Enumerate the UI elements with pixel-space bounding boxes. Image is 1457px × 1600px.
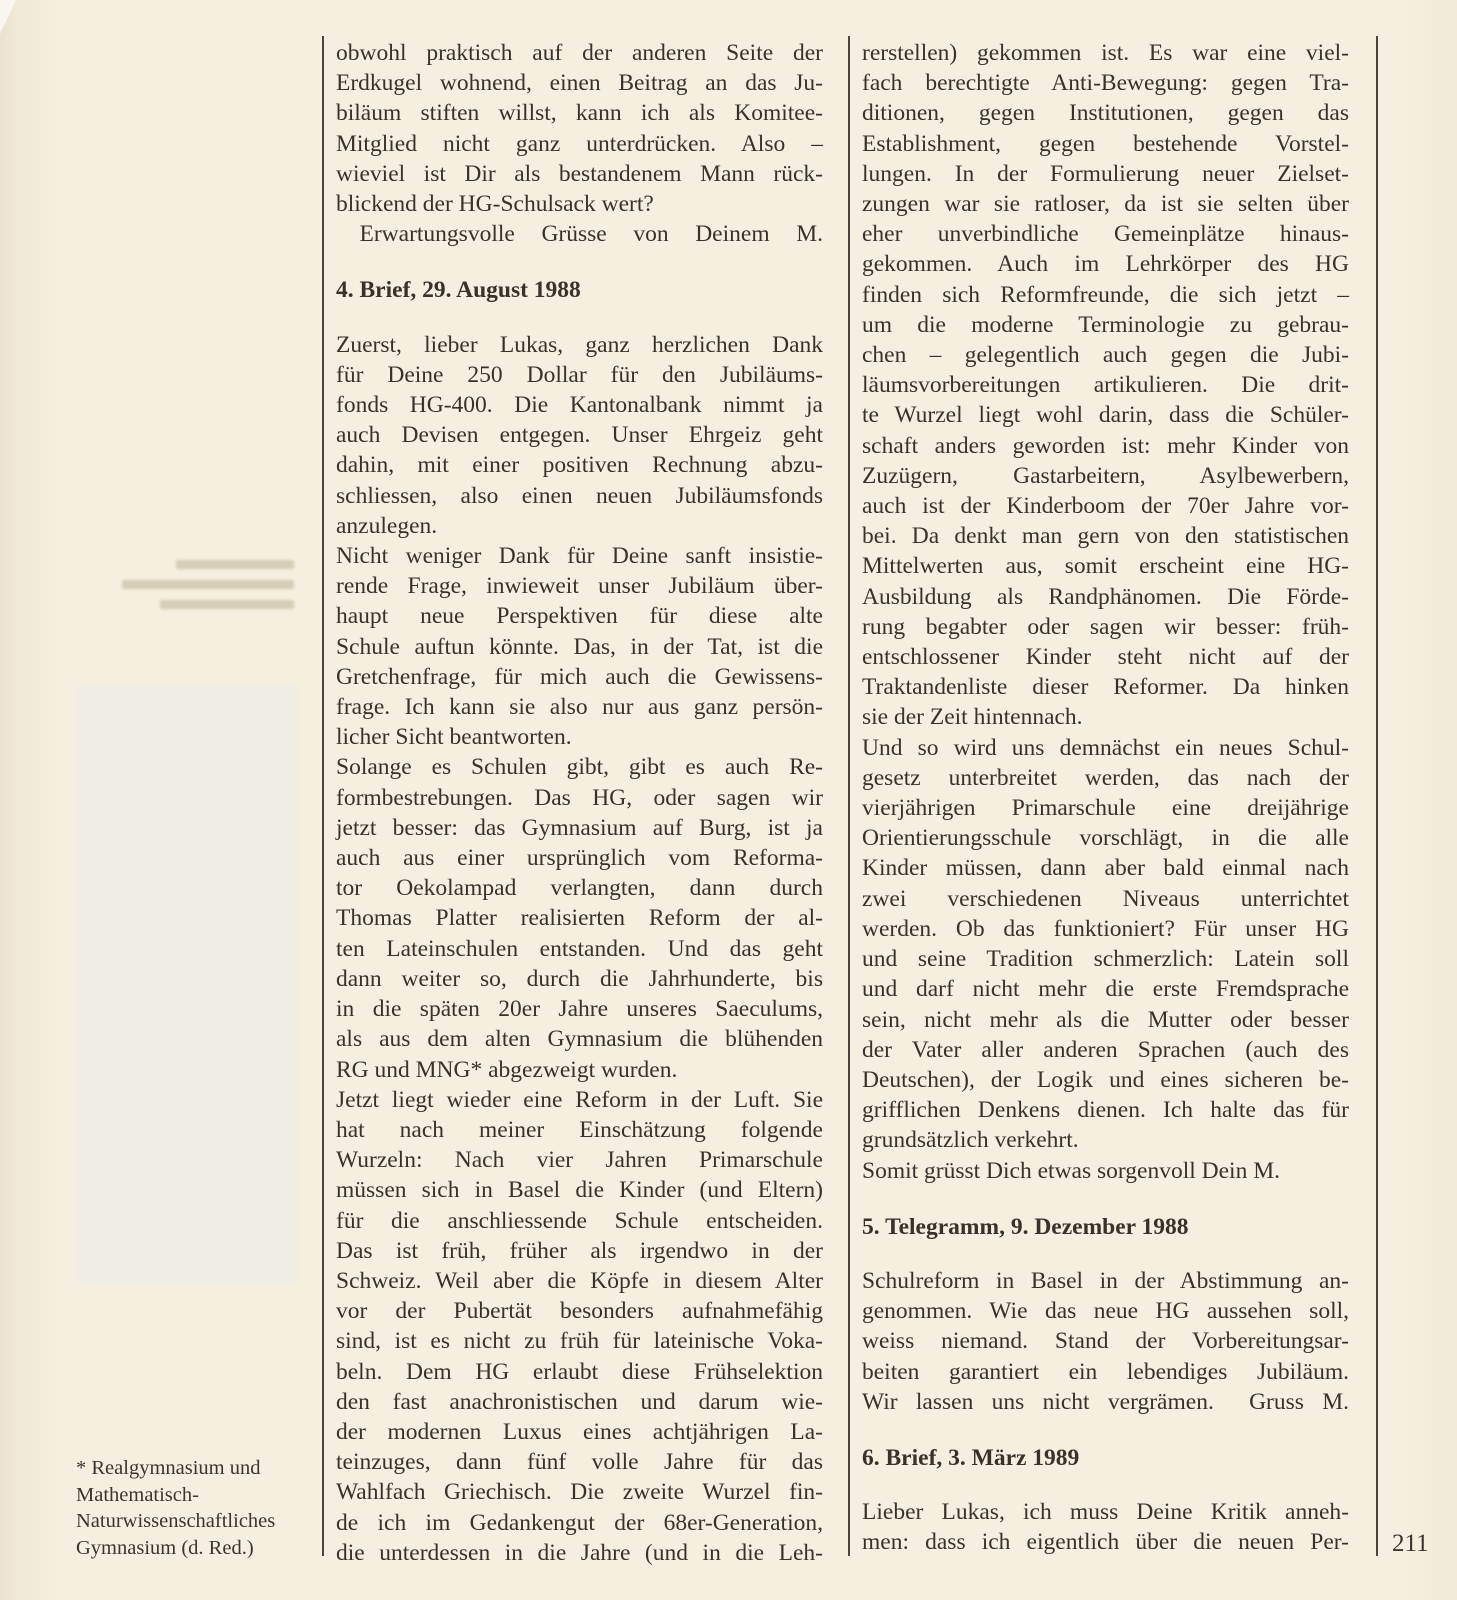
letter-signature: Erwartungsvolle Grüsse von Deinem M.: [336, 219, 823, 249]
text-line: vor der Pubertät besonders aufnahmefähig: [336, 1296, 823, 1326]
text-line: entschlossener Kinder steht nicht auf de…: [862, 642, 1349, 672]
text-line: eher unverbindliche Gemeinplätze hinaus-: [862, 219, 1349, 249]
column-rule-middle: [848, 36, 850, 1556]
text-line: Wahlfach Griechisch. Die zweite Wurzel f…: [336, 1477, 823, 1507]
paragraph-dank: Zuerst, lieber Lukas, ganz herzlichen Da…: [336, 330, 823, 541]
heading-brief-4: 4. Brief, 29. August 1988: [336, 275, 823, 305]
text-line: licher Sicht beantworten.: [336, 722, 823, 752]
book-page: obwohl praktisch auf der anderen Seite d…: [0, 0, 1457, 1600]
text-line: Deutschen), der Logik und eines sicheren…: [862, 1065, 1349, 1095]
column-rule-right: [1376, 36, 1378, 1556]
text-line: Mathematisch-: [76, 1482, 326, 1509]
text-line: Gymnasium (d. Red.): [76, 1535, 326, 1562]
text-column-right: rerstellen) gekommen ist. Es war eine vi…: [862, 38, 1349, 1558]
text-line: tor Oekolampad verlangten, dann durch: [336, 873, 823, 903]
text-line: ditionen, gegen Institutionen, gegen das: [862, 98, 1349, 128]
text-line: sein, nicht mehr als die Mutter oder bes…: [862, 1005, 1349, 1035]
text-line: Solange es Schulen gibt, gibt es auch Re…: [336, 752, 823, 782]
text-line: Naturwissenschaftliches: [76, 1508, 326, 1535]
text-line: anzulegen.: [336, 511, 823, 541]
text-line: grundsätzlich verkehrt.: [862, 1125, 1349, 1155]
text-line: Orientierungsschule vorschlägt, in die a…: [862, 823, 1349, 853]
text-line: Erwartungsvolle Grüsse von Deinem M.: [336, 219, 823, 249]
text-line: Traktandenliste dieser Reformer. Da hink…: [862, 672, 1349, 702]
page-number: 211: [1392, 1530, 1429, 1558]
text-line: beiten garantiert ein lebendiges Jubiläu…: [862, 1357, 1349, 1387]
text-line: men: dass ich eigentlich über die neuen …: [862, 1527, 1349, 1557]
text-line: Nicht weniger Dank für Deine sanft insis…: [336, 541, 823, 571]
text-line: für Deine 250 Dollar für den Jubiläums-: [336, 360, 823, 390]
text-line: Kinder müssen, dann aber bald einmal nac…: [862, 853, 1349, 883]
text-line: * Realgymnasium und: [76, 1455, 326, 1482]
text-line: ten Lateinschulen entstanden. Und das ge…: [336, 934, 823, 964]
text-line: in die späten 20er Jahre unseres Saeculu…: [336, 994, 823, 1024]
show-through-line: [122, 580, 294, 589]
text-line: biläum stiften willst, kann ich als Komi…: [336, 98, 823, 128]
text-line: haupt neue Perspektiven für diese alte: [336, 601, 823, 631]
text-line: Und so wird uns demnächst ein neues Schu…: [862, 733, 1349, 763]
text-line: werden. Ob das funktioniert? Für unser H…: [862, 914, 1349, 944]
text-line: fonds HG-400. Die Kantonalbank nimmt ja: [336, 390, 823, 420]
text-line: den fast anachronistischen und darum wie…: [336, 1387, 823, 1417]
text-line: der Vater aller anderen Sprachen (auch d…: [862, 1035, 1349, 1065]
text-line: grifflichen Denkens dienen. Ich halte da…: [862, 1095, 1349, 1125]
text-line: RG und MNG* abgezweigt wurden.: [336, 1055, 823, 1085]
text-line: Das ist früh, früher als irgendwo in der: [336, 1236, 823, 1266]
paragraph-reform-wurzeln: Jetzt liegt wieder eine Reform in der Lu…: [336, 1085, 823, 1568]
text-line: genommen. Wie das neue HG aussehen soll,: [862, 1296, 1349, 1326]
text-line: Mitglied nicht ganz unterdrücken. Also –: [336, 129, 823, 159]
text-line: sie der Zeit hintennach.: [862, 702, 1349, 732]
text-line: formbestrebungen. Das HG, oder sagen wir: [336, 783, 823, 813]
heading-brief-6: 6. Brief, 3. März 1989: [862, 1443, 1349, 1473]
text-line: chen – gelegentlich auch gegen die Jubi-: [862, 340, 1349, 370]
text-line: Ausbildung als Randphänomen. Die Förde-: [862, 582, 1349, 612]
text-line: weiss niemand. Stand der Vorbereitungsar…: [862, 1326, 1349, 1356]
text-line: obwohl praktisch auf der anderen Seite d…: [336, 38, 823, 68]
text-line: der modernen Luxus eines achtjährigen La…: [336, 1417, 823, 1447]
text-line: Lieber Lukas, ich muss Deine Kritik anne…: [862, 1497, 1349, 1527]
letter-signature-2: Somit grüsst Dich etwas sorgenvoll Dein …: [862, 1156, 1349, 1186]
text-line: Schule auftun könnte. Das, in der Tat, i…: [336, 632, 823, 662]
text-line: Gretchenfrage, für mich auch die Gewisse…: [336, 662, 823, 692]
text-line: läumsvorbereitungen artikulieren. Die dr…: [862, 370, 1349, 400]
text-line: Thomas Platter realisierten Reform der a…: [336, 903, 823, 933]
text-line: de ich im Gedankengut der 68er-Generatio…: [336, 1508, 823, 1538]
text-line: rende Frage, inwieweit unser Jubiläum üb…: [336, 571, 823, 601]
text-line: Wurzeln: Nach vier Jahren Primarschule: [336, 1145, 823, 1175]
scan-edge-artifact: [0, 0, 16, 34]
text-line: Somit grüsst Dich etwas sorgenvoll Dein …: [862, 1156, 1349, 1186]
text-line: dann weiter so, durch die Jahrhunderte, …: [336, 964, 823, 994]
text-line: auch aus einer ursprünglich vom Reforma-: [336, 843, 823, 873]
text-line: auch ist der Kinderboom der 70er Jahre v…: [862, 491, 1349, 521]
text-line: Zuerst, lieber Lukas, ganz herzlichen Da…: [336, 330, 823, 360]
column-rule-left: [322, 36, 324, 1556]
footnote: * Realgymnasium undMathematisch-Naturwis…: [76, 1455, 326, 1561]
show-through-line: [176, 560, 294, 569]
text-line: rung begabter oder sagen wir besser: frü…: [862, 612, 1349, 642]
paragraph-continuation: obwohl praktisch auf der anderen Seite d…: [336, 38, 823, 219]
text-line: Jetzt liegt wieder eine Reform in der Lu…: [336, 1085, 823, 1115]
text-line: jetzt besser: das Gymnasium auf Burg, is…: [336, 813, 823, 843]
show-through-line: [160, 600, 294, 609]
text-line: als aus dem alten Gymnasium die blühende…: [336, 1024, 823, 1054]
text-line: teinzuges, dann fünf volle Jahre für das: [336, 1447, 823, 1477]
text-line: auch Devisen entgegen. Unser Ehrgeiz geh…: [336, 420, 823, 450]
paragraph-68-fortsetzung: rerstellen) gekommen ist. Es war eine vi…: [862, 38, 1349, 733]
text-line: finden sich Reformfreunde, die sich jetz…: [862, 280, 1349, 310]
text-line: gesetz unterbreitet werden, das nach der: [862, 763, 1349, 793]
text-line: te Wurzel liegt wohl darin, dass die Sch…: [862, 400, 1349, 430]
text-line: und seine Tradition schmerzlich: Latein …: [862, 944, 1349, 974]
heading-telegramm-5: 5. Telegramm, 9. Dezember 1988: [862, 1212, 1349, 1242]
text-line: für die anschliessende Schule entscheide…: [336, 1206, 823, 1236]
text-line: um die moderne Terminologie zu gebrau-: [862, 310, 1349, 340]
paragraph-brief-6: Lieber Lukas, ich muss Deine Kritik anne…: [862, 1497, 1349, 1557]
text-line: vierjährigen Primarschule eine dreijähri…: [862, 793, 1349, 823]
paragraph-frage: Nicht weniger Dank für Deine sanft insis…: [336, 541, 823, 752]
text-line: gekommen. Auch im Lehrkörper des HG: [862, 249, 1349, 279]
text-column-left: obwohl praktisch auf der anderen Seite d…: [336, 38, 823, 1568]
text-line: zungen war sie ratloser, da ist sie selt…: [862, 189, 1349, 219]
text-line: bei. Da denkt man gern von den statistis…: [862, 521, 1349, 551]
text-line: blickend der HG-Schulsack wert?: [336, 189, 823, 219]
text-line: Mittelwerten aus, somit erscheint eine H…: [862, 551, 1349, 581]
show-through-image: [77, 684, 298, 1284]
text-line: dahin, mit einer positiven Rechnung abzu…: [336, 450, 823, 480]
text-line: schliessen, also einen neuen Jubiläumsfo…: [336, 481, 823, 511]
text-line: wieviel ist Dir als bestandenem Mann rüc…: [336, 159, 823, 189]
text-line: beln. Dem HG erlaubt diese Frühselektion: [336, 1357, 823, 1387]
text-line: und darf nicht mehr die erste Fremdsprac…: [862, 974, 1349, 1004]
text-line: sind, ist es nicht zu früh für lateinisc…: [336, 1326, 823, 1356]
text-line: rerstellen) gekommen ist. Es war eine vi…: [862, 38, 1349, 68]
text-line: schaft anders geworden ist: mehr Kinder …: [862, 431, 1349, 461]
show-through-caption: [118, 560, 294, 609]
text-line: zwei verschiedenen Niveaus unterrichtet: [862, 884, 1349, 914]
paragraph-reform-geschichte: Solange es Schulen gibt, gibt es auch Re…: [336, 752, 823, 1084]
text-line: hat nach meiner Einschätzung folgende: [336, 1115, 823, 1145]
text-line: müssen sich in Basel die Kinder (und Elt…: [336, 1175, 823, 1205]
text-line: Schweiz. Weil aber die Köpfe in diesem A…: [336, 1266, 823, 1296]
text-line: Schulreform in Basel in der Abstimmung a…: [862, 1266, 1349, 1296]
text-line: die unterdessen in die Jahre (und in die…: [336, 1538, 823, 1568]
text-line: lungen. In der Formulierung neuer Zielse…: [862, 159, 1349, 189]
paragraph-schulgesetz: Und so wird uns demnächst ein neues Schu…: [862, 733, 1349, 1156]
text-line: fach berechtigte Anti-Bewegung: gegen Tr…: [862, 68, 1349, 98]
text-line: Wir lassen uns nicht vergrämen. Gruss M.: [862, 1387, 1349, 1417]
text-line: Zuzügern, Gastarbeitern, Asylbewerbern,: [862, 461, 1349, 491]
text-line: Establishment, gegen bestehende Vorstel-: [862, 129, 1349, 159]
text-line: frage. Ich kann sie also nur aus ganz pe…: [336, 692, 823, 722]
paragraph-telegramm: Schulreform in Basel in der Abstimmung a…: [862, 1266, 1349, 1417]
text-line: Erdkugel wohnend, einen Beitrag an das J…: [336, 68, 823, 98]
